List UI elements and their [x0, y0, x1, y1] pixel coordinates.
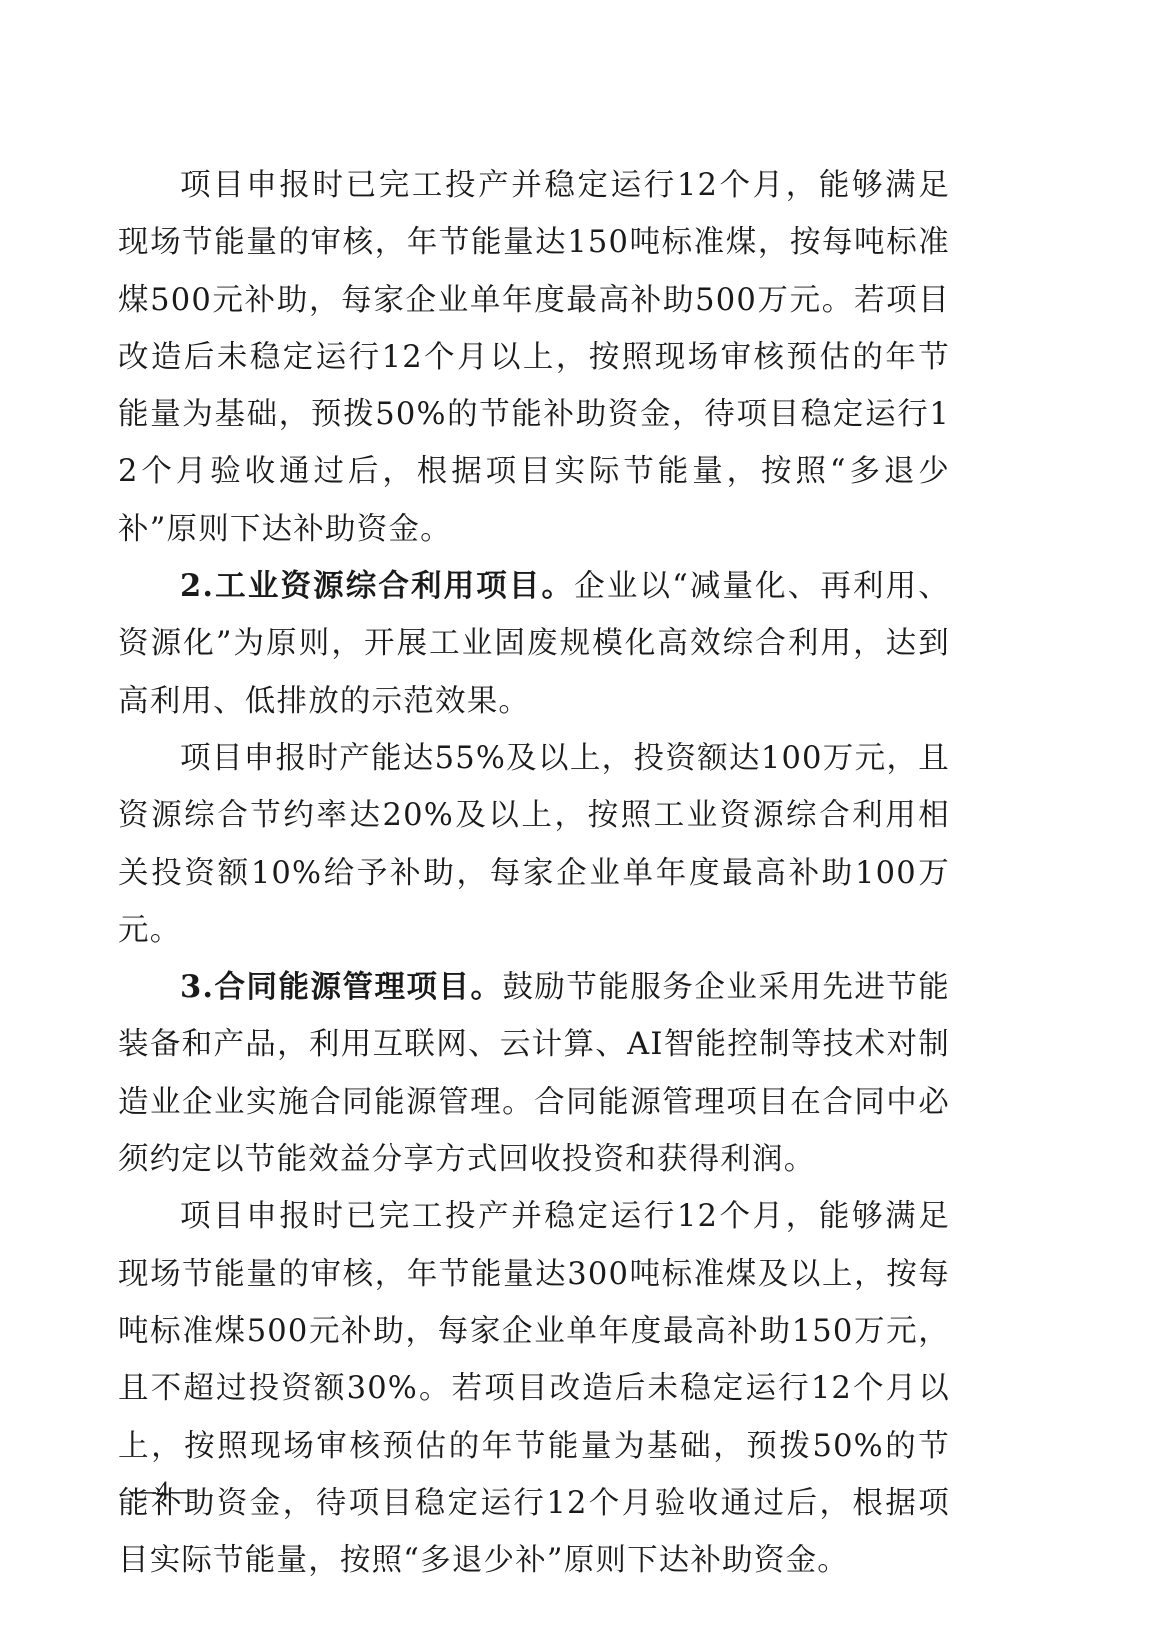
document-body: 项目申报时已完工投产并稳定运行12个月，能够满足现场节能量的审核，年节能量达15…	[118, 157, 950, 1589]
paragraph-contract-energy-terms: 项目申报时已完工投产并稳定运行12个月，能够满足现场节能量的审核，年节能量达30…	[118, 1188, 950, 1589]
paragraph-energy-saving-terms: 项目申报时已完工投产并稳定运行12个月，能够满足现场节能量的审核，年节能量达15…	[118, 157, 950, 558]
paragraph-text: 项目申报时产能达55%及以上，投资额达100万元，且资源综合节约率达20%及以上…	[118, 741, 950, 948]
paragraph-contract-energy-intro: 3.合同能源管理项目。鼓励节能服务企业采用先进节能装备和产品，利用互联网、云计算…	[118, 959, 950, 1188]
paragraph-resource-utilization-terms: 项目申报时产能达55%及以上，投资额达100万元，且资源综合节约率达20%及以上…	[118, 730, 950, 959]
page-number: —4—	[130, 1476, 195, 1506]
section-heading-resource-utilization: 2.工业资源综合利用项目。	[180, 568, 574, 604]
section-heading-contract-energy: 3.合同能源管理项目。	[180, 969, 502, 1005]
paragraph-text: 项目申报时已完工投产并稳定运行12个月，能够满足现场节能量的审核，年节能量达30…	[118, 1199, 950, 1578]
paragraph-resource-utilization-intro: 2.工业资源综合利用项目。企业以“减量化、再利用、资源化”为原则，开展工业固废规…	[118, 558, 950, 730]
paragraph-text: 项目申报时已完工投产并稳定运行12个月，能够满足现场节能量的审核，年节能量达15…	[118, 168, 950, 547]
